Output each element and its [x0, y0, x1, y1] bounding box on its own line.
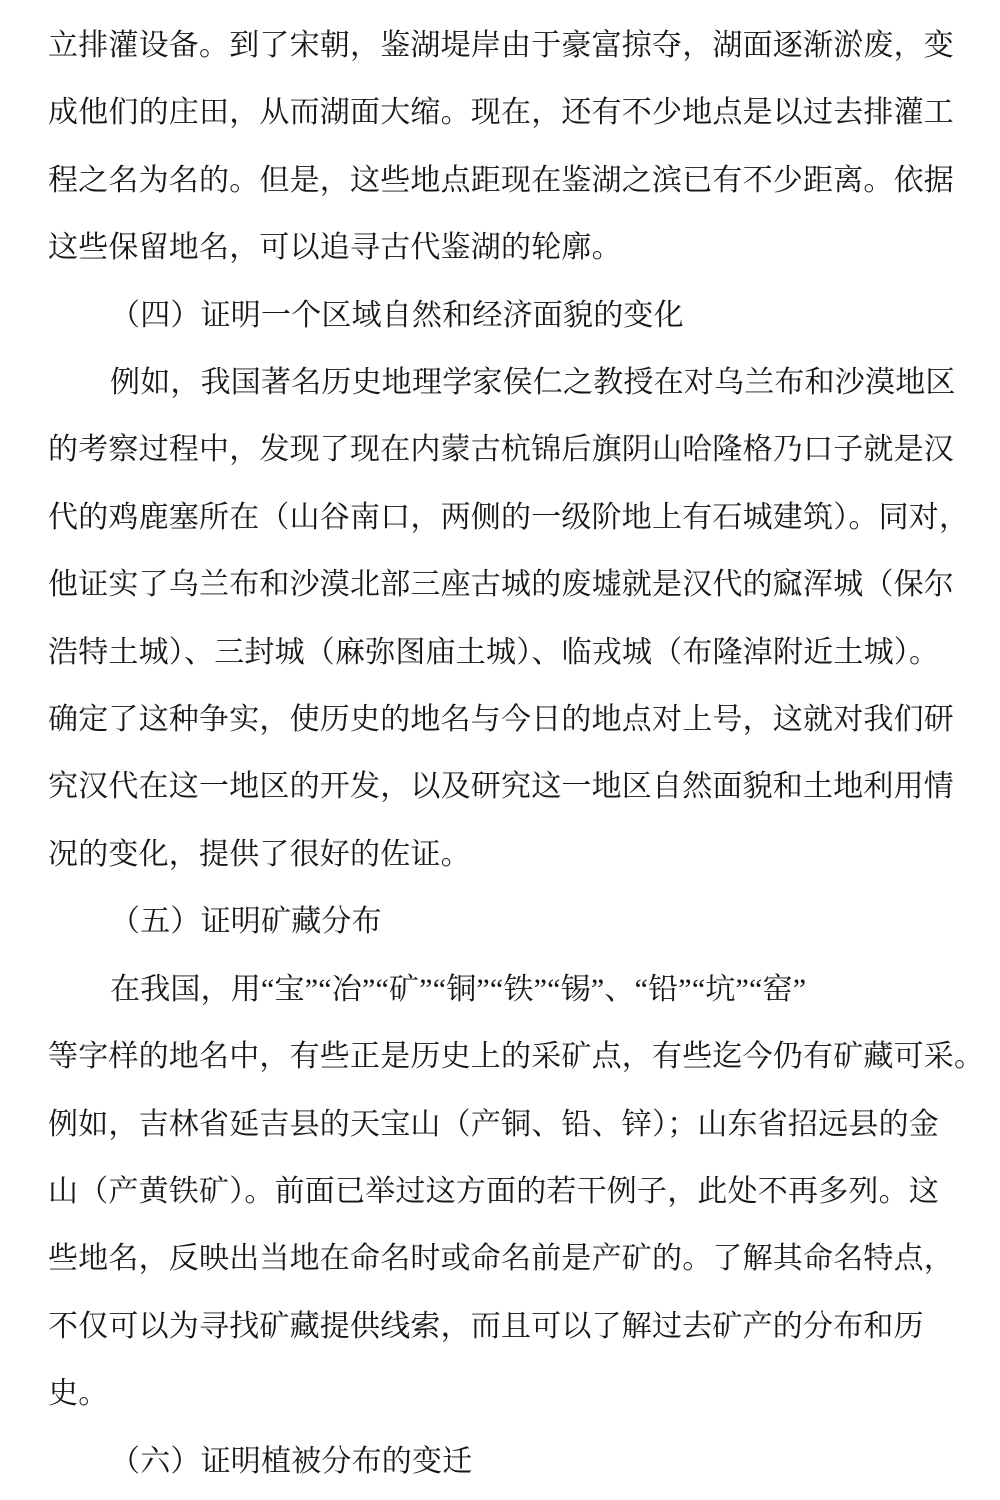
text-line: 等字样的地名中，有些正是历史上的采矿点，有些迄今仍有矿藏可采。: [48, 1023, 952, 1090]
text-line: 不仅可以为寻找矿藏提供线索，而且可以了解过去矿产的分布和历: [48, 1293, 952, 1360]
text-line: 史。: [48, 1360, 952, 1427]
section-heading-6: （六）证明植被分布的变迁: [48, 1428, 952, 1495]
text-line: 的考察过程中，发现了现在内蒙古杭锦后旗阴山哈隆格乃口子就是汉: [48, 416, 952, 483]
text-line: 这些保留地名，可以追寻古代鉴湖的轮廓。: [48, 214, 952, 281]
text-line: 浩特土城）、三封城（麻弥图庙土城）、临戎城（布隆淖附近土城）。: [48, 619, 952, 686]
document-page: 立排灌设备。到了宋朝，鉴湖堤岸由于豪富掠夺，湖面逐渐淤废，变 成他们的庄田，从而…: [0, 0, 1000, 1500]
section-heading-5: （五）证明矿藏分布: [48, 888, 952, 955]
text-line: 在我国，用“宝”“冶”“矿”“铜”“铁”“锡”、“铅”“坑”“窑”: [48, 956, 952, 1023]
text-block: 立排灌设备。到了宋朝，鉴湖堤岸由于豪富掠夺，湖面逐渐淤废，变 成他们的庄田，从而…: [0, 0, 1000, 1495]
text-line: 究汉代在这一地区的开发，以及研究这一地区自然面貌和土地利用情: [48, 753, 952, 820]
text-line: 确定了这种争实，使历史的地名与今日的地点对上号，这就对我们研: [48, 686, 952, 753]
text-line: 成他们的庄田，从而湖面大缩。现在，还有不少地点是以过去排灌工: [48, 79, 952, 146]
text-line: 立排灌设备。到了宋朝，鉴湖堤岸由于豪富掠夺，湖面逐渐淤废，变: [48, 12, 952, 79]
text-line: 况的变化，提供了很好的佐证。: [48, 821, 952, 888]
text-line: 代的鸡鹿塞所在（山谷南口，两侧的一级阶地上有石城建筑）。同对，: [48, 484, 952, 551]
text-line: 例如，吉林省延吉县的天宝山（产铜、铅、锌）；山东省招远县的金: [48, 1091, 952, 1158]
text-line: 他证实了乌兰布和沙漠北部三座古城的废墟就是汉代的窳浑城（保尔: [48, 551, 952, 618]
text-line: 程之名为名的。但是，这些地点距现在鉴湖之滨已有不少距离。依据: [48, 147, 952, 214]
section-heading-4: （四）证明一个区域自然和经济面貌的变化: [48, 282, 952, 349]
text-line: 例如，我国著名历史地理学家侯仁之教授在对乌兰布和沙漠地区: [48, 349, 952, 416]
text-line: 些地名，反映出当地在命名时或命名前是产矿的。了解其命名特点，: [48, 1225, 952, 1292]
text-line: 山（产黄铁矿）。前面已举过这方面的若干例子，此处不再多列。这: [48, 1158, 952, 1225]
